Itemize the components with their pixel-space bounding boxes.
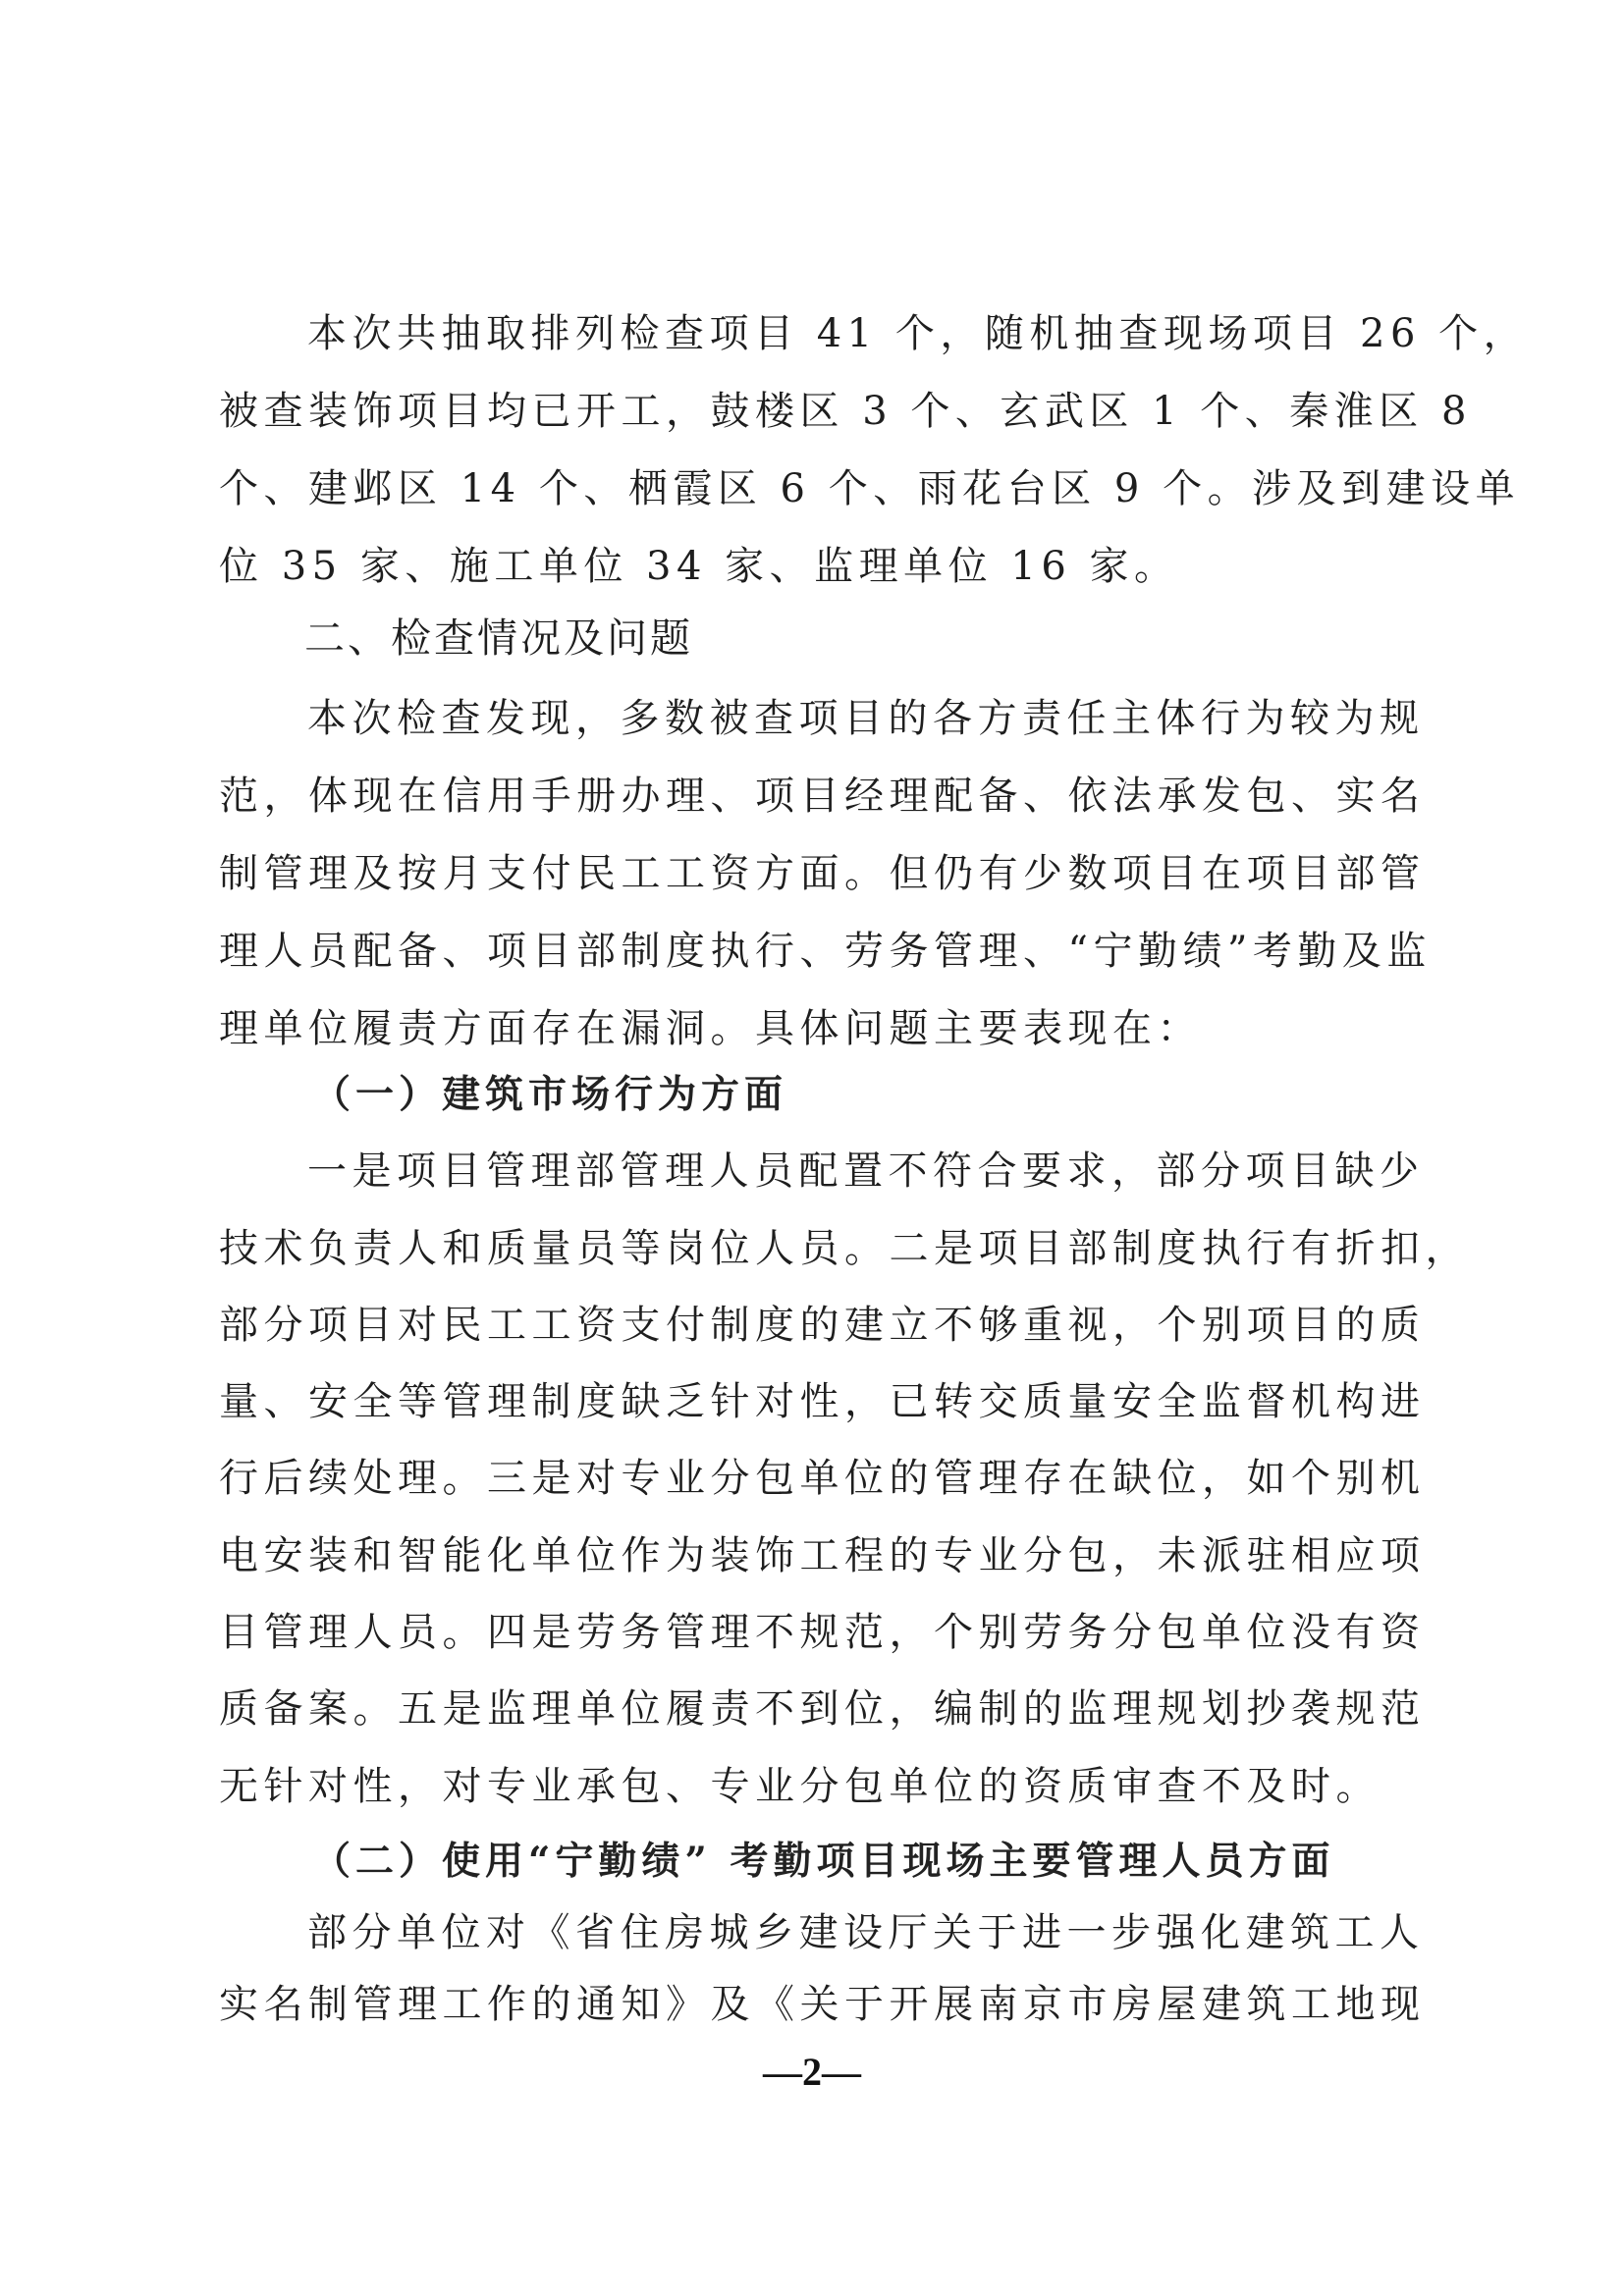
paragraph-1-line-2: 被查装饰项目均已开工，鼓楼区 3 个、玄武区 1 个、秦淮区 8 <box>219 389 1409 434</box>
paragraph-2-line-2: 范，体现在信用手册办理、项目经理配备、依法承发包、实名 <box>219 774 1409 819</box>
document-page: 本次共抽取排列检查项目 41 个，随机抽查现场项目 26 个， 被查装饰项目均已… <box>0 0 1624 2296</box>
paragraph-3-line-4: 量、安全等管理制度缺乏针对性，已转交质量安全监督机构进 <box>219 1379 1409 1424</box>
paragraph-1-line-3: 个、建邺区 14 个、栖霞区 6 个、雨花台区 9 个。涉及到建设单 <box>219 466 1409 511</box>
paragraph-3-line-6: 电安装和智能化单位作为装饰工程的专业分包，未派驻相应项 <box>219 1533 1409 1578</box>
paragraph-1-line-4: 位 35 家、施工单位 34 家、监理单位 16 家。 <box>219 544 1409 589</box>
paragraph-3-line-2: 技术负责人和质量员等岗位人员。二是项目部制度执行有折扣， <box>219 1226 1409 1271</box>
paragraph-3-line-8: 质备案。五是监理单位履责不到位，编制的监理规划抄袭规范 <box>219 1686 1409 1732</box>
paragraph-3-line-3: 部分项目对民工工资支付制度的建立不够重视，个别项目的质 <box>219 1303 1409 1348</box>
paragraph-4-line-1: 部分单位对《省住房城乡建设厅关于进一步强化建筑工人 <box>307 1910 1409 1955</box>
paragraph-4-line-2: 实名制管理工作的通知》及《关于开展南京市房屋建筑工地现 <box>219 1982 1409 2027</box>
paragraph-3-line-9: 无针对性，对专业承包、专业分包单位的资质审查不及时。 <box>219 1764 1409 1809</box>
paragraph-2-line-1: 本次检查发现，多数被查项目的各方责任主体行为较为规 <box>307 696 1409 741</box>
paragraph-3-line-1: 一是项目管理部管理人员配置不符合要求，部分项目缺少 <box>307 1148 1409 1194</box>
paragraph-3-line-7: 目管理人员。四是劳务管理不规范，个别劳务分包单位没有资 <box>219 1610 1409 1655</box>
subsection-heading-2: （二）使用“宁勤绩” 考勤项目现场主要管理人员方面 <box>312 1839 1334 1884</box>
section-heading: 二、检查情况及问题 <box>304 615 693 661</box>
subsection-heading-1: （一）建筑市场行为方面 <box>312 1072 787 1117</box>
paragraph-2-line-3: 制管理及按月支付民工工资方面。但仍有少数项目在项目部管 <box>219 851 1409 896</box>
paragraph-3-line-5: 行后续处理。三是对专业分包单位的管理存在缺位，如个别机 <box>219 1456 1409 1501</box>
page-number: —2— <box>0 2050 1624 2095</box>
paragraph-2-line-5: 理单位履责方面存在漏洞。具体问题主要表现在： <box>219 1006 1409 1051</box>
paragraph-1-line-1: 本次共抽取排列检查项目 41 个，随机抽查现场项目 26 个， <box>307 311 1409 356</box>
paragraph-2-line-4: 理人员配备、项目部制度执行、劳务管理、“宁勤绩”考勤及监 <box>219 929 1409 974</box>
